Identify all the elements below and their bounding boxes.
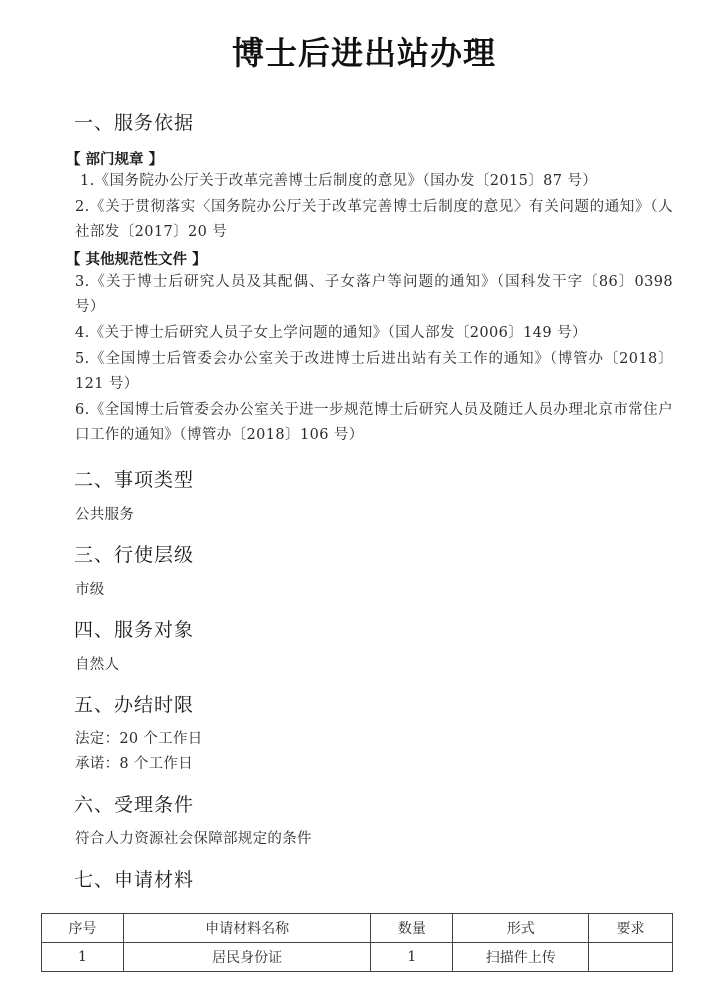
section-heading-type: 二、事项类型 [74, 465, 194, 492]
reference-text: 6.《全国博士后管委会办公室关于进一步规范博士后研究人员及随迁人员办理北京市常住… [75, 402, 673, 443]
cell-material-name: 居民身份证 [123, 943, 371, 972]
reference-text: 3.《关于博士后研究人员及其配偶、子女落户等问题的通知》（国科发干字〔86〕03… [75, 274, 673, 315]
reference-text: 4.《关于博士后研究人员子女上学问题的通知》（国人部发〔2006〕149 号） [75, 325, 587, 341]
table-header-row: 序号 申请材料名称 数量 形式 要求 [42, 914, 673, 943]
section-heading-materials: 七、申请材料 [74, 865, 194, 892]
column-header-material-name: 申请材料名称 [123, 914, 371, 943]
document-title: 博士后进出站办理 [0, 28, 728, 74]
section-heading-conditions: 六、受理条件 [74, 790, 194, 817]
cell-quantity: 1 [371, 943, 453, 972]
cell-format: 扫描件上传 [453, 943, 589, 972]
column-header-requirements: 要求 [589, 914, 673, 943]
column-header-quantity: 数量 [371, 914, 453, 943]
section-heading-time-limit: 五、办结时限 [74, 690, 194, 717]
column-header-format: 形式 [453, 914, 589, 943]
cell-index: 1 [42, 943, 124, 972]
type-value: 公共服务 [75, 503, 675, 524]
section-heading-level: 三、行使层级 [74, 540, 194, 567]
reference-item-6: 6.《全国博士后管委会办公室关于进一步规范博士后研究人员及随迁人员办理北京市常住… [75, 398, 673, 448]
conditions-value: 符合人力资源社会保障部规定的条件 [75, 827, 675, 848]
cell-requirements [589, 943, 673, 972]
section-heading-target: 四、服务对象 [74, 615, 194, 642]
column-header-index: 序号 [42, 914, 124, 943]
reference-text: 1.《国务院办公厅关于改革完善博士后制度的意见》（国办发〔2015〕87 号） [80, 173, 597, 189]
reference-item-4: 4.《关于博士后研究人员子女上学问题的通知》（国人部发〔2006〕149 号） [75, 321, 673, 346]
promised-time-limit: 承诺：8 个工作日 [75, 752, 675, 773]
reference-item-1: 1.《国务院办公厅关于改革完善博士后制度的意见》（国办发〔2015〕87 号） [75, 169, 673, 194]
subheading-other-documents: 【 其他规范性文件 】 [66, 248, 207, 269]
level-value: 市级 [75, 578, 675, 599]
reference-item-3: 3.《关于博士后研究人员及其配偶、子女落户等问题的通知》（国科发干字〔86〕03… [75, 270, 673, 320]
reference-text: 2.《关于贯彻落实〈国务院办公厅关于改革完善博士后制度的意见〉有关问题的通知》（… [75, 199, 673, 240]
target-value: 自然人 [75, 653, 675, 674]
statutory-time-limit: 法定：20 个工作日 [75, 727, 675, 748]
materials-table: 序号 申请材料名称 数量 形式 要求 1 居民身份证 1 扫描件上传 [41, 913, 673, 972]
section-heading-basis: 一、服务依据 [74, 108, 194, 135]
reference-item-5: 5.《全国博士后管委会办公室关于改进博士后进出站有关工作的通知》（博管办〔201… [75, 347, 673, 397]
subheading-departmental-rules: 【 部门规章 】 [66, 148, 163, 169]
reference-text: 5.《全国博士后管委会办公室关于改进博士后进出站有关工作的通知》（博管办〔201… [75, 351, 673, 392]
reference-item-2: 2.《关于贯彻落实〈国务院办公厅关于改革完善博士后制度的意见〉有关问题的通知》（… [75, 195, 673, 245]
table-row: 1 居民身份证 1 扫描件上传 [42, 943, 673, 972]
